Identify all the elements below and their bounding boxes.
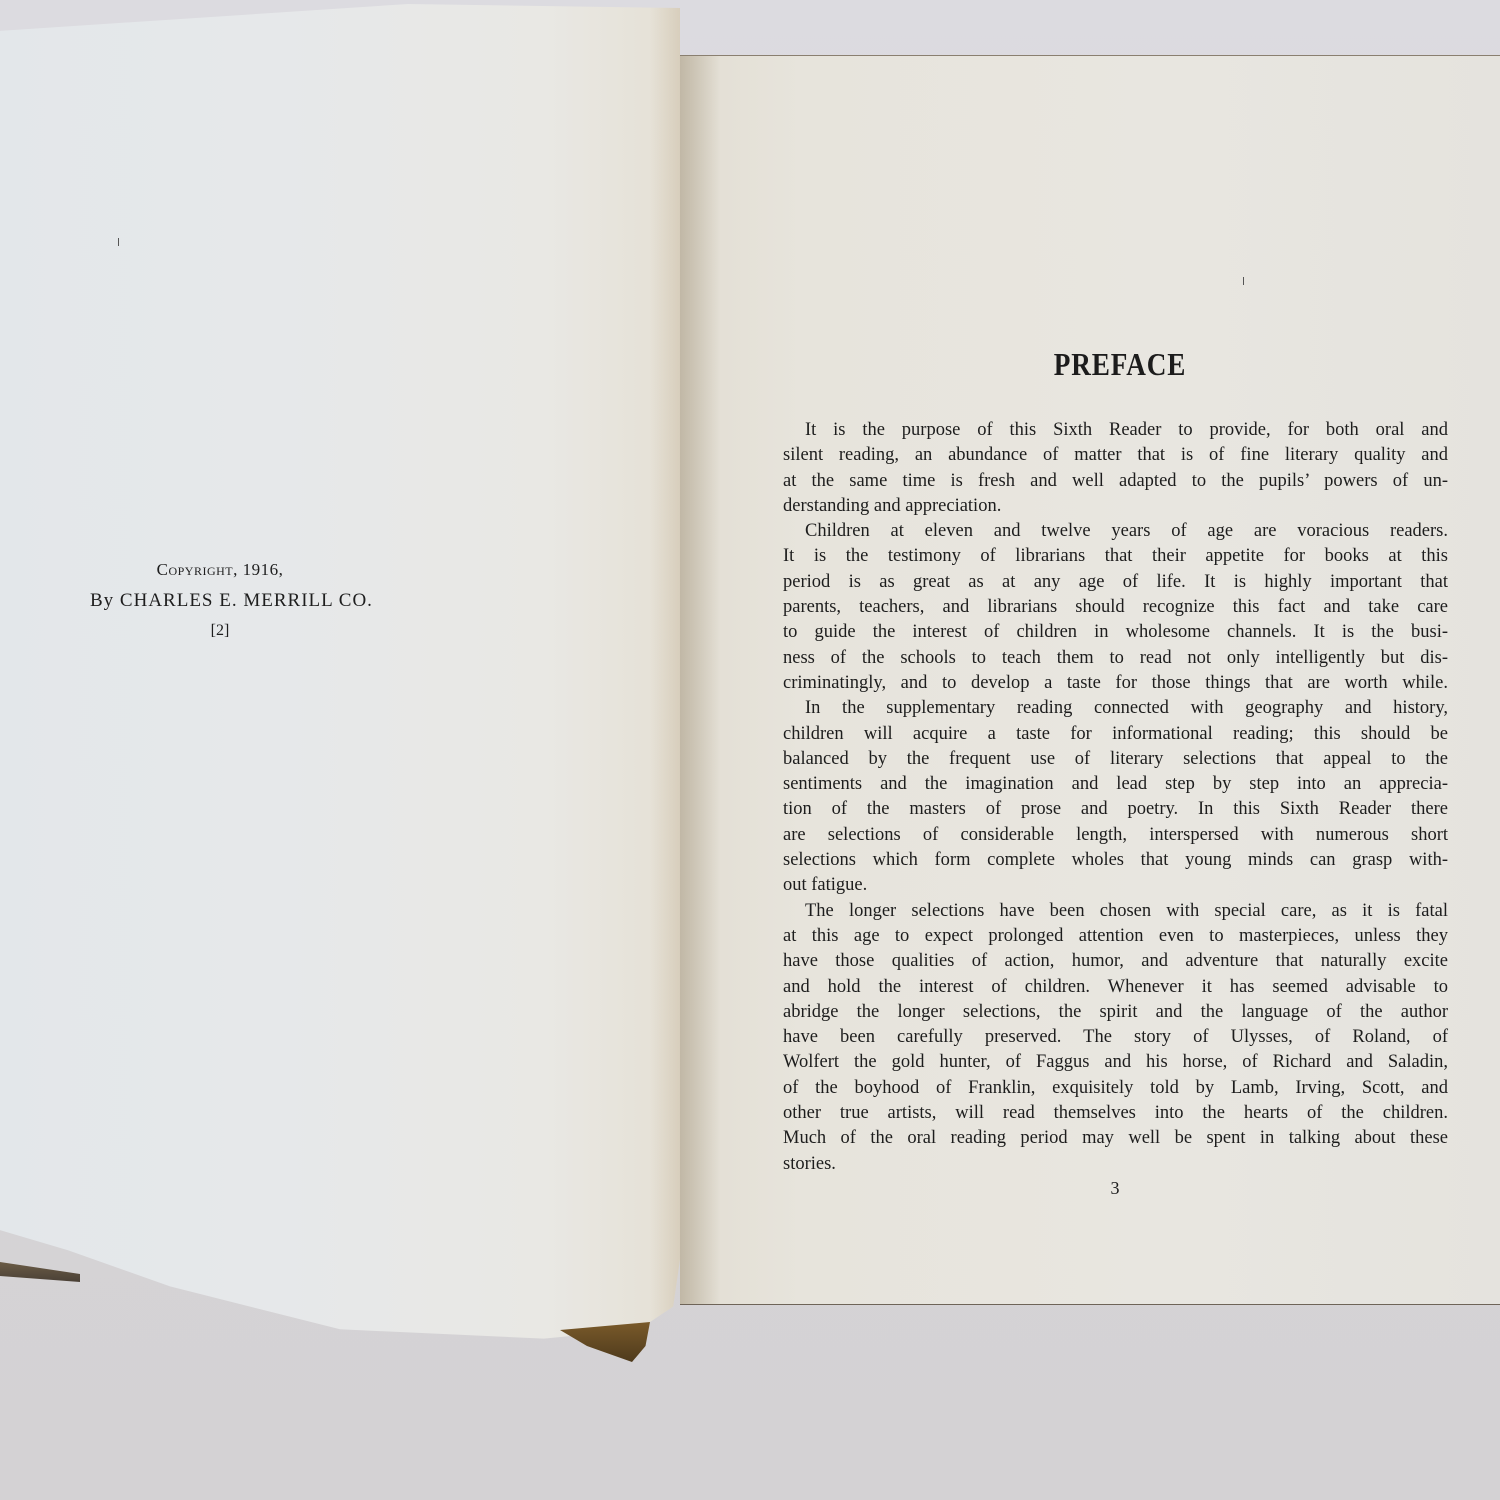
copyright-block: Copyright, 1916, By CHARLES E. MERRILL C… [90,560,350,640]
text-line: abridge the longer selections, the spiri… [783,1000,1448,1025]
text-line: Wolfert the gold hunter, of Faggus and h… [783,1050,1448,1075]
text-line: The longer selections have been chosen w… [783,899,1448,924]
text-line: period is as great as at any age of life… [783,570,1448,595]
text-line: Much of the oral reading period may well… [783,1126,1448,1151]
text-line: silent reading, an abundance of matter t… [783,443,1448,468]
text-line: at the same time is fresh and well adapt… [783,469,1448,494]
paragraph-2: Children at eleven and twelve years of a… [783,519,1448,696]
page-mark [118,238,119,246]
text-line: selections which form complete wholes th… [783,848,1448,873]
text-line: tion of the masters of prose and poetry.… [783,797,1448,822]
text-line: children will acquire a taste for inform… [783,722,1448,747]
paragraph-4: The longer selections have been chosen w… [783,899,1448,1177]
text-line: In the supplementary reading connected w… [783,696,1448,721]
text-line: have those qualities of action, humor, a… [783,949,1448,974]
text-line: balanced by the frequent use of literary… [783,747,1448,772]
page-title: PREFACE [831,346,1409,383]
preface-body: It is the purpose of this Sixth Reader t… [783,418,1448,1177]
text-line: at this age to expect prolonged attentio… [783,924,1448,949]
text-line: Children at eleven and twelve years of a… [783,519,1448,544]
left-page-number: [2] [90,622,350,640]
text-line: derstanding and appreciation. [783,494,1448,519]
left-page [0,0,680,1340]
paragraph-3: In the supplementary reading connected w… [783,696,1448,898]
text-line: It is the purpose of this Sixth Reader t… [783,418,1448,443]
page-mark [1243,277,1244,285]
gutter-shadow [680,56,720,1304]
text-line: stories. [783,1152,1448,1177]
text-line: parents, teachers, and librarians should… [783,595,1448,620]
text-line: It is the testimony of librarians that t… [783,544,1448,569]
right-page-number: 3 [1100,1178,1130,1199]
text-line: of the boyhood of Franklin, exquisitely … [783,1076,1448,1101]
copyright-label: Copyright, 1916, [90,560,350,580]
text-line: are selections of considerable length, i… [783,823,1448,848]
paragraph-1: It is the purpose of this Sixth Reader t… [783,418,1448,519]
text-line: have been carefully preserved. The story… [783,1025,1448,1050]
text-line: other true artists, will read themselves… [783,1101,1448,1126]
text-line: out fatigue. [783,873,1448,898]
publisher-name: By CHARLES E. MERRILL CO. [90,590,350,612]
text-line: criminatingly, and to develop a taste fo… [783,671,1448,696]
text-line: and hold the interest of children. Whene… [783,975,1448,1000]
text-line: ness of the schools to teach them to rea… [783,646,1448,671]
open-book-scene: Copyright, 1916, By CHARLES E. MERRILL C… [0,0,1500,1500]
text-line: to guide the interest of children in who… [783,620,1448,645]
text-line: sentiments and the imagination and lead … [783,772,1448,797]
page-edge-shade [650,0,680,1340]
